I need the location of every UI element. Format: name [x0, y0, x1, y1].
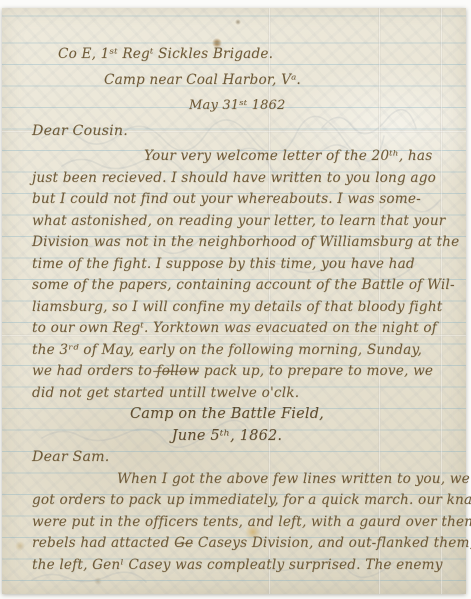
heading-unit-line: Co E, 1ˢᵗ Regᵗ Sickles Brigade. — [32, 44, 452, 70]
body1-line: Division was not in the neighborhood of … — [32, 232, 452, 254]
body2-line: were put in the officers tents, and left… — [32, 512, 452, 534]
letter-text: Co E, 1ˢᵗ Regᵗ Sickles Brigade. Camp nea… — [32, 44, 452, 576]
body1-line: did not get started untill twelve o'clk. — [32, 383, 452, 405]
heading-date-line: May 31ˢᵗ 1862 — [32, 95, 452, 121]
dateline-camp: Camp on the Battle Field, — [32, 404, 452, 426]
letter-paper: Co E, 1ˢᵗ Regᵗ Sickles Brigade. Camp nea… — [2, 8, 466, 594]
body1-line: but I could not find out your whereabout… — [32, 189, 452, 211]
body2-line: got orders to pack up immediately, for a… — [32, 490, 452, 512]
body2-line: rebels had attacted G̶e̶ Caseys Division… — [32, 533, 452, 555]
body1-line: to our own Regᵗ. Yorktown was evacuated … — [32, 318, 452, 340]
body1-line: we had orders to f̶o̶l̶l̶o̶w̶ pack up, t… — [32, 361, 452, 383]
letter-photo: Co E, 1ˢᵗ Regᵗ Sickles Brigade. Camp nea… — [0, 0, 471, 599]
salutation-cousin: Dear Cousin. — [32, 121, 452, 147]
heading-camp-line: Camp near Coal Harbor, Vᵃ. — [32, 70, 452, 96]
body1-line: Your very welcome letter of the 20ᵗʰ, ha… — [32, 146, 452, 168]
salutation-sam: Dear Sam. — [32, 447, 452, 469]
body1-line: just been recieved. I should have writte… — [32, 168, 452, 190]
body1-line: what astonished, on reading your letter,… — [32, 211, 452, 233]
body1-line: some of the papers, containing account o… — [32, 275, 452, 297]
body2-line: When I got the above few lines written t… — [32, 469, 452, 491]
body1-line: the 3ʳᵈ of May, early on the following m… — [32, 340, 452, 362]
dateline-june: June 5ᵗʰ, 1862. — [32, 426, 452, 448]
body2-line: the left, Genˡ Casey was compleatly surp… — [32, 555, 452, 577]
body1-line: time of the fight. I suppose by this tim… — [32, 254, 452, 276]
body1-line: liamsburg, so I will confine my details … — [32, 297, 452, 319]
